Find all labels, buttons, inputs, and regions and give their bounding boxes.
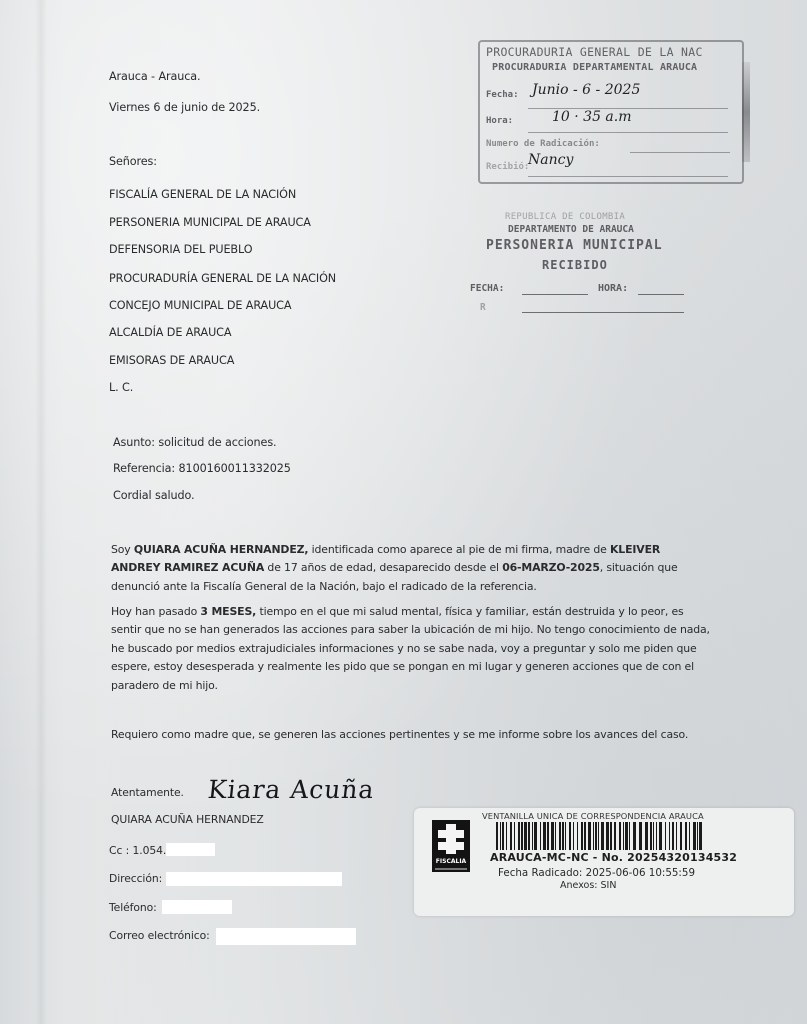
stamp-title: PROCURADURIA GENERAL DE LA NAC: [486, 45, 703, 59]
logo-text: FISCALIA: [432, 858, 470, 865]
email-label: Correo electrónico:: [109, 929, 210, 942]
recipient: L. C.: [109, 381, 133, 394]
paragraph-3: Requiero como madre que, se generen las …: [111, 726, 711, 744]
stamp-rule: [528, 132, 728, 133]
bold-duration: 3 MESES,: [200, 605, 256, 618]
stamp-hora-value: 10 · 35 a.m: [552, 109, 632, 125]
handwritten-signature: Kiara Acuña: [206, 775, 376, 804]
redacted-phone: [162, 900, 232, 914]
stamp-fecha-value: Junio - 6 - 2025: [532, 82, 640, 98]
stamp-line: PERSONERIA MUNICIPAL: [486, 238, 663, 253]
stamp-rule: [528, 176, 728, 177]
stamp-recibido-value: Nancy: [528, 152, 573, 168]
stamp-hora-label: Hora:: [486, 116, 513, 126]
barcode-icon: [496, 822, 706, 850]
closing: Atentamente.: [111, 786, 184, 799]
recipient: EMISORAS DE ARAUCA: [109, 354, 234, 367]
subject-line: Asunto: solicitud de acciones.: [113, 436, 277, 449]
bold-date: 06-MARZO-2025: [502, 561, 600, 574]
stamp-rule: [522, 312, 684, 313]
recipient: DEFENSORIA DEL PUEBLO: [109, 243, 252, 256]
text: Hoy han pasado: [111, 605, 200, 618]
procuraduria-received-stamp: PROCURADURIA GENERAL DE LA NAC PROCURADU…: [478, 40, 744, 184]
stamp-rule: [630, 152, 730, 153]
stamp-fecha-label: FECHA:: [470, 283, 504, 294]
sticker-header: VENTANILLA UNICA DE CORRESPONDENCIA ARAU…: [482, 811, 704, 821]
fiscalia-logo-icon: FISCALIA: [432, 820, 470, 872]
paragraph-2: Hoy han pasado 3 MESES, tiempo en el que…: [111, 603, 711, 695]
stamp-fecha-label: Fecha:: [486, 90, 519, 100]
text: identificada como aparece al pie de mi f…: [308, 543, 610, 556]
redacted-address: [166, 872, 342, 886]
letter-place: Arauca - Arauca.: [109, 70, 201, 83]
reference-line: Referencia: 8100160011332025: [113, 462, 291, 475]
text: Soy: [111, 543, 134, 556]
salutation-header: Señores:: [109, 155, 157, 168]
stamp-rule: [638, 294, 684, 295]
stamp-rule: [522, 294, 588, 295]
stamp-ink-smear: [742, 62, 750, 162]
stamp-radicacion-label: Numero de Radicación:: [486, 139, 600, 149]
stamp-recibido-label: Recibió:: [486, 162, 529, 172]
recipient: PROCURADURÍA GENERAL DE LA NACIÓN: [109, 272, 336, 285]
radicado-sticker: FISCALIA VENTANILLA UNICA DE CORRESPONDE…: [414, 808, 794, 916]
phone-label: Teléfono:: [109, 901, 157, 914]
bold-name: QUIARA ACUÑA HERNANDEZ,: [134, 543, 308, 556]
text: de 17 años de edad, desaparecido desde e…: [264, 561, 502, 574]
stamp-subtitle: PROCURADURIA DEPARTAMENTAL ARAUCA: [492, 62, 697, 73]
stamp-hora-label: HORA:: [598, 283, 628, 294]
signer-name: QUIARA ACUÑA HERNANDEZ: [111, 813, 264, 826]
redacted-cc: [166, 843, 215, 856]
redacted-email: [216, 928, 356, 945]
recipient: ALCALDÍA DE ARAUCA: [109, 326, 231, 339]
recipient: FISCALÍA GENERAL DE LA NACIÓN: [109, 188, 296, 201]
stamp-por-label: R: [480, 302, 486, 313]
recipient: PERSONERIA MUNICIPAL DE ARAUCA: [109, 216, 311, 229]
personeria-received-stamp: REPUBLICA DE COLOMBIA DEPARTAMENTO DE AR…: [470, 210, 685, 320]
stamp-line: DEPARTAMENTO DE ARAUCA: [508, 224, 634, 235]
greeting: Cordial saludo.: [113, 489, 194, 502]
radicado-annexes: Anexos: SIN: [560, 880, 616, 891]
cc-label: Cc : 1.054.: [109, 844, 166, 857]
radicado-date: Fecha Radicado: 2025-06-06 10:55:59: [498, 867, 695, 879]
paragraph-1: Soy QUIARA ACUÑA HERNANDEZ, identificada…: [111, 541, 711, 596]
stamp-line: REPUBLICA DE COLOMBIA: [505, 212, 625, 222]
address-label: Dirección:: [109, 872, 162, 885]
recipient: CONCEJO MUNICIPAL DE ARAUCA: [109, 299, 291, 312]
radicado-number: ARAUCA-MC-NC - No. 20254320134532: [490, 851, 737, 864]
letter-date: Viernes 6 de junio de 2025.: [109, 101, 260, 114]
paper-fold: [35, 0, 47, 1024]
stamp-line: RECIBIDO: [542, 258, 608, 272]
